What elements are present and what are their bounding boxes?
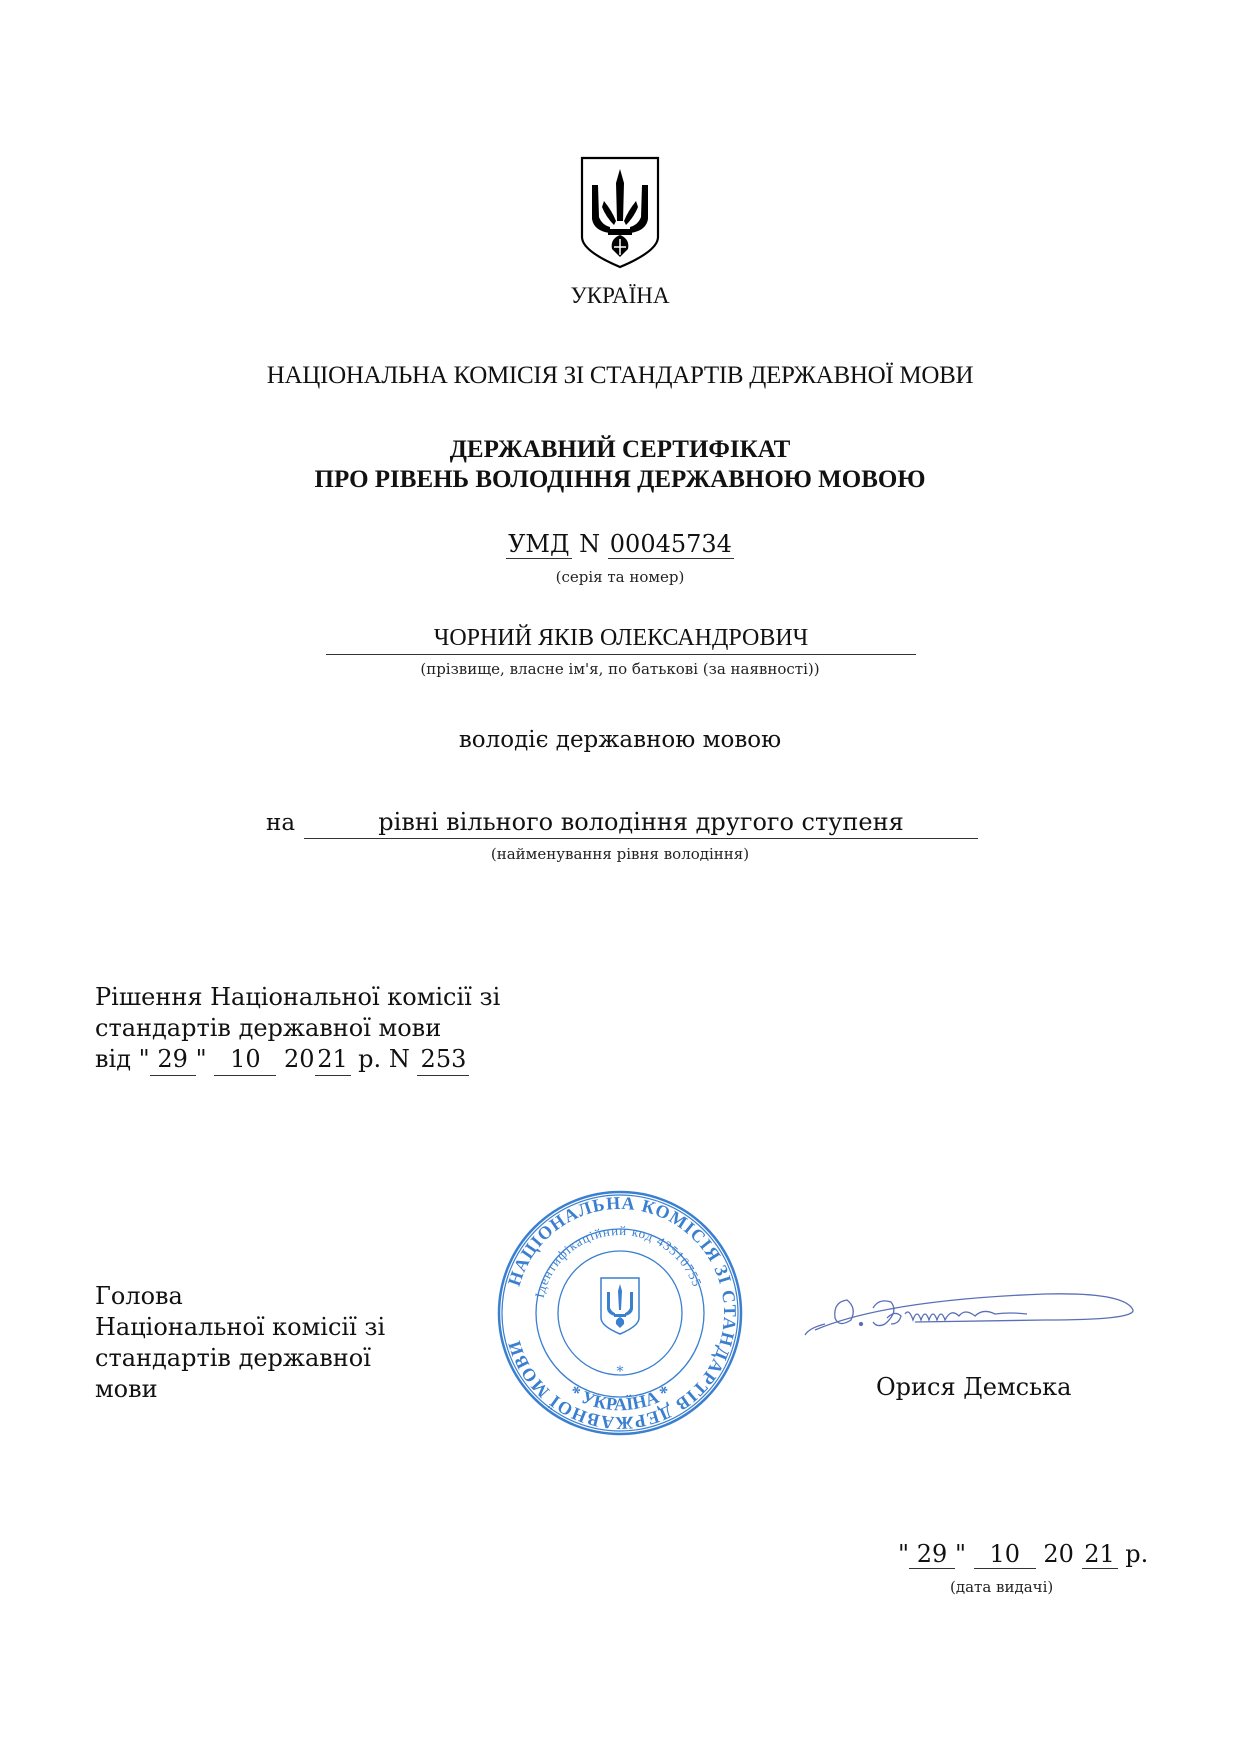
level-prefix: на bbox=[266, 810, 295, 836]
owns-language-text: володіє державною мовою bbox=[0, 727, 1240, 753]
from-label: від bbox=[95, 1045, 131, 1073]
quote-close: " bbox=[196, 1045, 207, 1073]
decision-block: Рішення Національної комісії зі стандарт… bbox=[95, 982, 500, 1076]
certificate-serial-number: УМД N 00045734 bbox=[0, 530, 1240, 559]
certificate-series: УМД bbox=[506, 530, 571, 559]
signatory-line3: стандартів державної bbox=[95, 1343, 385, 1374]
issue-date-caption: (дата видачі) bbox=[950, 1578, 1053, 1596]
official-stamp-icon: НАЦІОНАЛЬНА КОМІСІЯ ЗІ СТАНДАРТІВ ДЕРЖАВ… bbox=[495, 1188, 745, 1438]
number-sign: N bbox=[389, 1045, 410, 1073]
holder-caption: (прізвище, власне ім'я, по батькові (за … bbox=[0, 660, 1240, 678]
level-caption: (найменування рівня володіння) bbox=[0, 845, 1240, 863]
decision-line1: Рішення Національної комісії зі bbox=[95, 982, 500, 1013]
holder-name: ЧОРНИЙ ЯКІВ ОЛЕКСАНДРОВИЧ bbox=[326, 622, 916, 655]
handwritten-signature-icon bbox=[795, 1280, 1140, 1355]
certificate-title-line1: ДЕРЖАВНИЙ СЕРТИФІКАТ bbox=[0, 436, 1240, 464]
decision-line2: стандартів державної мови bbox=[95, 1013, 500, 1044]
decision-month: 10 bbox=[214, 1044, 276, 1076]
quote-open: " bbox=[898, 1540, 909, 1568]
year-label: р. bbox=[358, 1045, 381, 1073]
decision-year: 21 bbox=[315, 1044, 351, 1076]
commission-name: НАЦІОНАЛЬНА КОМІСІЯ ЗІ СТАНДАРТІВ ДЕРЖАВ… bbox=[0, 362, 1240, 390]
proficiency-level: рівні вільного володіння другого ступеня bbox=[304, 806, 978, 839]
stamp-center-mark: * bbox=[617, 1364, 624, 1380]
number-sign: N bbox=[579, 530, 600, 558]
certificate-title-line2: ПРО РІВЕНЬ ВОЛОДІННЯ ДЕРЖАВНОЮ МОВОЮ bbox=[0, 466, 1240, 494]
issue-day: 29 bbox=[909, 1540, 955, 1569]
signatory-name: Орися Демська bbox=[876, 1373, 1071, 1401]
issue-month: 10 bbox=[974, 1540, 1036, 1569]
year-prefix: 20 bbox=[1043, 1540, 1074, 1568]
signatory-line1: Голова bbox=[95, 1281, 385, 1312]
certificate-number: 00045734 bbox=[608, 530, 734, 559]
issue-date: "29" 10 20 21 р. bbox=[898, 1540, 1148, 1569]
quote-close: " bbox=[955, 1540, 966, 1568]
signatory-line2: Національної комісії зі bbox=[95, 1312, 385, 1343]
signatory-title: Голова Національної комісії зі стандарті… bbox=[95, 1281, 385, 1405]
issue-year: 21 bbox=[1082, 1540, 1118, 1569]
serial-caption: (серія та номер) bbox=[0, 568, 1240, 586]
decision-number: 253 bbox=[417, 1044, 469, 1076]
decision-date-line: від "29" 10 2021 р. N 253 bbox=[95, 1044, 500, 1076]
year-label: р. bbox=[1125, 1540, 1148, 1568]
year-prefix: 20 bbox=[284, 1045, 315, 1073]
quote-open: " bbox=[139, 1045, 150, 1073]
country-name: УКРАЇНА bbox=[0, 283, 1240, 309]
trident-coat-of-arms-icon bbox=[578, 155, 662, 270]
decision-day: 29 bbox=[150, 1044, 196, 1076]
signatory-line4: мови bbox=[95, 1374, 385, 1405]
